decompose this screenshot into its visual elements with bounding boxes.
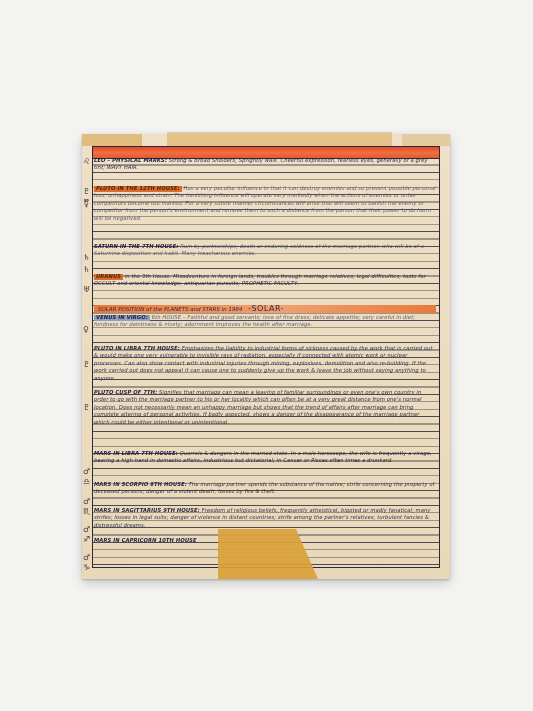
entry-mars-libra: MARS IN LIBRA 7th House: Quarrels & dang…: [94, 451, 436, 466]
mars-symbol-icon: ♂: [83, 526, 90, 534]
entry-mars-sagittarius: MARS IN SAGITTARIUS 9th House: Freedom o…: [94, 508, 436, 530]
mars-symbol-icon: ♂: [83, 498, 90, 506]
entry-heading: URANUS: [94, 274, 123, 280]
libra-symbol-icon: ♎: [83, 478, 90, 486]
tape-strip: [402, 134, 450, 146]
entry-leo: LEO – Physical Marks: Strong & Broad Sho…: [94, 158, 436, 173]
mercury-symbol-icon: ⚧: [83, 200, 90, 208]
venus-symbol-icon: ♀: [83, 326, 89, 334]
entry-heading: LEO – Physical Marks:: [94, 158, 167, 164]
solar-band-word: -SOLAR-: [248, 304, 284, 313]
artwork-board: ♌ ♇ ⚧ ♄ ♄ ♅ ♀ ♇ ♇ ♂ ♎ ♂ ♏ ♂ ♐ ♂ ♑ SOLAR …: [82, 134, 450, 579]
entry-pluto-12th: PLUTO in the 12th House: Has a very pecu…: [94, 186, 436, 223]
entry-heading: VENUS IN VIRGO:: [94, 315, 150, 321]
mars-symbol-icon: ♂: [83, 468, 90, 476]
tape-strip: [82, 134, 142, 146]
entry-heading: MARS IN SCORPIO 8th House:: [94, 482, 187, 488]
uranus-symbol-icon: ♅: [83, 286, 90, 294]
margin-symbols: ♌ ♇ ⚧ ♄ ♄ ♅ ♀ ♇ ♇ ♂ ♎ ♂ ♏ ♂ ♐ ♂ ♑: [82, 146, 92, 566]
entry-heading: MARS IN SAGITTARIUS 9th House:: [94, 508, 200, 514]
mars-symbol-icon: ♂: [83, 554, 90, 562]
tape-strip: [167, 132, 392, 146]
pluto-symbol-icon: ♇: [83, 361, 90, 369]
pluto-symbol-icon: ♇: [83, 404, 90, 412]
solar-position-band: SOLAR POSITION of the PLANETS and STARS …: [94, 305, 436, 313]
saturn-symbol-icon: ♄: [83, 254, 90, 262]
entry-mars-scorpio: MARS IN SCORPIO 8th House: The marriage …: [94, 482, 436, 497]
entry-heading: PLUTO cusp of 7th:: [94, 390, 157, 396]
entry-heading: MARS IN LIBRA 7th House:: [94, 451, 178, 457]
entry-uranus-9th: URANUS in the 9th House: Misadventure in…: [94, 274, 436, 289]
saturn-symbol-icon: ♄: [83, 266, 90, 274]
entry-heading: PLUTO in the 12th House:: [94, 186, 182, 192]
entry-pluto-cusp: PLUTO cusp of 7th: Signifies that marria…: [94, 390, 436, 427]
entry-text: in the 9th House: Misadventure in foreig…: [94, 274, 426, 287]
sagittarius-symbol-icon: ♐: [83, 536, 90, 544]
leo-symbol-icon: ♌: [83, 158, 90, 166]
entry-heading: Saturn in the 7th House:: [94, 244, 178, 250]
scorpio-symbol-icon: ♏: [83, 508, 90, 516]
solar-band-label: SOLAR POSITION of the PLANETS and STARS …: [98, 307, 242, 313]
capricorn-symbol-icon: ♑: [83, 564, 90, 572]
entry-saturn-7th: Saturn in the 7th House: Ruin by partner…: [94, 244, 436, 259]
entry-heading: MARS IN CAPRICORN 10th House: [94, 538, 197, 544]
entry-pluto-libra: PLUTO IN LIBRA 7th House: Emphasizes the…: [94, 346, 436, 383]
entry-venus-virgo: VENUS IN VIRGO: 6th HOUSE – Faithful and…: [94, 315, 436, 330]
pluto-symbol-icon: ♇: [83, 188, 90, 196]
entry-heading: PLUTO IN LIBRA 7th House:: [94, 346, 180, 352]
